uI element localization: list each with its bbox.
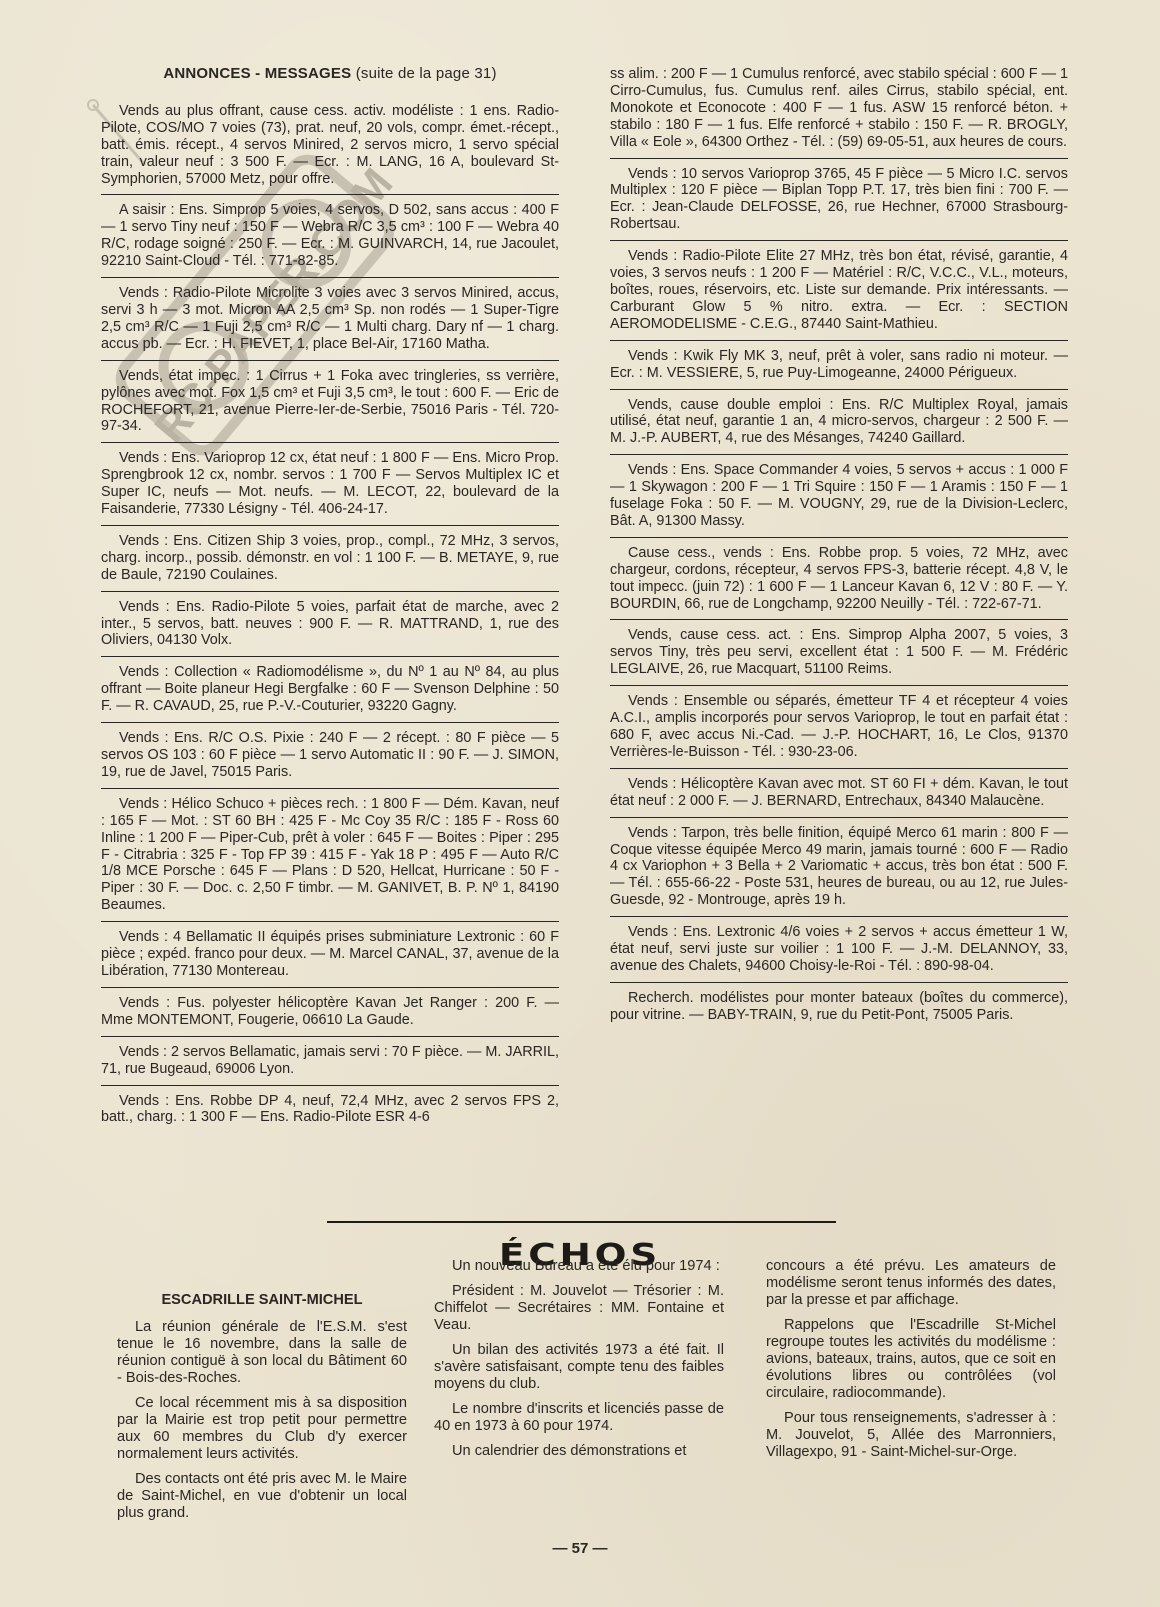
classified-ad: Vends : Hélico Schuco + pièces rech. : 1…	[101, 796, 559, 922]
echos-paragraph: Président : M. Jouvelot — Trésorier : M.…	[434, 1283, 724, 1334]
echos-paragraph: Le nombre d'inscrits et licenciés passe …	[434, 1401, 724, 1435]
echos-col2-paragraphs: Un nouveau Bureau a été élu pour 1974 :P…	[434, 1258, 724, 1460]
ad-text: Vends : Radio-Pilote Elite 27 MHz, très …	[610, 248, 1068, 333]
echos-col3-continuation: concours a été prévu. Les amateurs de mo…	[766, 1258, 1056, 1309]
annonces-title: ANNONCES - MESSAGES	[163, 65, 351, 82]
classified-ad: Vends, cause cess. act. : Ens. Simprop A…	[610, 627, 1068, 686]
ad-text: Vends : 10 servos Varioprop 3765, 45 F p…	[610, 166, 1068, 234]
echos-paragraph: Pour tous renseignements, s'adresser à :…	[766, 1410, 1056, 1461]
classified-ad: Vends : Radio-Pilote Elite 27 MHz, très …	[610, 248, 1068, 341]
classified-ad: Vends : Ens. Radio-Pilote 5 voies, parfa…	[101, 599, 559, 658]
ad-text: Vends : 2 servos Bellamatic, jamais serv…	[101, 1044, 559, 1078]
ad-text: Recherch. modélistes pour monter bateaux…	[610, 990, 1068, 1024]
section-divider	[327, 1221, 836, 1223]
ad-text: Cause cess., vends : Ens. Robbe prop. 5 …	[610, 545, 1068, 613]
magazine-page: RC-PAPER.COM ANNONCES - MESSAGES (suite …	[0, 0, 1160, 1607]
echos-paragraph: Un bilan des activités 1973 a été fait. …	[434, 1342, 724, 1393]
classified-ad: Vends, cause double emploi : Ens. R/C Mu…	[610, 397, 1068, 456]
classified-ad: Vends : Kwik Fly MK 3, neuf, prêt à vole…	[610, 348, 1068, 390]
echos-column-1: ESCADRILLE SAINT-MICHEL La réunion génér…	[117, 1292, 407, 1530]
right-ads-list: ss alim. : 200 F — 1 Cumulus renforcé, a…	[610, 66, 1068, 1031]
echos-paragraph: La réunion générale de l'E.S.M. s'est te…	[117, 1319, 407, 1387]
annonces-heading: ANNONCES - MESSAGES (suite de la page 31…	[101, 66, 559, 83]
left-ads-list: Vends au plus offrant, cause cess. activ…	[101, 103, 559, 1133]
echos-column-2: Un nouveau Bureau a été élu pour 1974 :P…	[434, 1258, 724, 1468]
echos-paragraph: Ce local récemment mis à sa disposition …	[117, 1395, 407, 1463]
annonces-subtitle: (suite de la page 31)	[356, 65, 497, 82]
annonces-right-column: ss alim. : 200 F — 1 Cumulus renforcé, a…	[610, 66, 1068, 1038]
ad-text: Vends : Kwik Fly MK 3, neuf, prêt à vole…	[610, 348, 1068, 382]
classified-ad: Recherch. modélistes pour monter bateaux…	[610, 990, 1068, 1031]
classified-ad: Vends, état impec. : 1 Cirrus + 1 Foka a…	[101, 368, 559, 444]
classified-ad: Vends : Radio-Pilote Microlite 3 voies a…	[101, 285, 559, 361]
ad-text: Vends : Hélico Schuco + pièces rech. : 1…	[101, 796, 559, 914]
classified-ad: Vends : Tarpon, très belle finition, équ…	[610, 825, 1068, 918]
ad-text: Vends : Ens. Lextronic 4/6 voies + 2 ser…	[610, 924, 1068, 975]
classified-ad: Vends : Hélicoptère Kavan avec mot. ST 6…	[610, 776, 1068, 818]
echos-col1-paragraphs: La réunion générale de l'E.S.M. s'est te…	[117, 1319, 407, 1522]
classified-ad: ss alim. : 200 F — 1 Cumulus renforcé, a…	[610, 66, 1068, 159]
ad-text: Vends : 4 Bellamatic II équipés prises s…	[101, 929, 559, 980]
ad-text: Vends : Ens. Varioprop 12 cx, état neuf …	[101, 450, 559, 518]
ad-text: Vends : Ens. Robbe DP 4, neuf, 72,4 MHz,…	[101, 1093, 559, 1127]
echos-col3-paragraphs: Rappelons que l'Escadrille St-Michel reg…	[766, 1317, 1056, 1461]
echos-column-3: concours a été prévu. Les amateurs de mo…	[766, 1258, 1056, 1469]
ad-text: Vends : Tarpon, très belle finition, équ…	[610, 825, 1068, 910]
echos-paragraph: Un calendrier des démonstrations et	[434, 1443, 724, 1460]
classified-ad: Vends : Ens. Citizen Ship 3 voies, prop.…	[101, 533, 559, 592]
echos-paragraph: Rappelons que l'Escadrille St-Michel reg…	[766, 1317, 1056, 1402]
classified-ad: Vends : Ens. Space Commander 4 voies, 5 …	[610, 462, 1068, 538]
ad-text: Vends : Radio-Pilote Microlite 3 voies a…	[101, 285, 559, 353]
ad-text: Vends : Hélicoptère Kavan avec mot. ST 6…	[610, 776, 1068, 810]
club-title: ESCADRILLE SAINT-MICHEL	[117, 1292, 407, 1309]
classified-ad: Vends : 4 Bellamatic II équipés prises s…	[101, 929, 559, 988]
page-number: — 57 —	[0, 1540, 1160, 1557]
classified-ad: Vends : Ens. Lextronic 4/6 voies + 2 ser…	[610, 924, 1068, 983]
ad-text: Vends, état impec. : 1 Cirrus + 1 Foka a…	[101, 368, 559, 436]
ad-text: Vends : Collection « Radiomodélisme », d…	[101, 664, 559, 715]
ad-text: Vends : Ens. Citizen Ship 3 voies, prop.…	[101, 533, 559, 584]
ad-text: Vends : Ens. Space Commander 4 voies, 5 …	[610, 462, 1068, 530]
ad-text: Vends : Ens. R/C O.S. Pixie : 240 F — 2 …	[101, 730, 559, 781]
classified-ad: Vends : Fus. polyester hélicoptère Kavan…	[101, 995, 559, 1037]
annonces-left-column: ANNONCES - MESSAGES (suite de la page 31…	[101, 62, 559, 1140]
classified-ad: A saisir : Ens. Simprop 5 voies, 4 servo…	[101, 202, 559, 278]
classified-ad: Vends : Collection « Radiomodélisme », d…	[101, 664, 559, 723]
ad-text: ss alim. : 200 F — 1 Cumulus renforcé, a…	[610, 66, 1068, 151]
echos-paragraph: Des contacts ont été pris avec M. le Mai…	[117, 1471, 407, 1522]
ad-text: Vends : Ens. Radio-Pilote 5 voies, parfa…	[101, 599, 559, 650]
echos-paragraph: Un nouveau Bureau a été élu pour 1974 :	[434, 1258, 724, 1275]
ad-text: Vends au plus offrant, cause cess. activ…	[101, 103, 559, 188]
ad-text: A saisir : Ens. Simprop 5 voies, 4 servo…	[101, 202, 559, 270]
classified-ad: Vends au plus offrant, cause cess. activ…	[101, 103, 559, 196]
classified-ad: Vends : Ens. Varioprop 12 cx, état neuf …	[101, 450, 559, 526]
ad-text: Vends : Fus. polyester hélicoptère Kavan…	[101, 995, 559, 1029]
classified-ad: Vends : 10 servos Varioprop 3765, 45 F p…	[610, 166, 1068, 242]
classified-ad: Vends : Ens. Robbe DP 4, neuf, 72,4 MHz,…	[101, 1093, 559, 1134]
classified-ad: Vends : 2 servos Bellamatic, jamais serv…	[101, 1044, 559, 1086]
ad-text: Vends, cause double emploi : Ens. R/C Mu…	[610, 397, 1068, 448]
classified-ad: Cause cess., vends : Ens. Robbe prop. 5 …	[610, 545, 1068, 621]
ad-text: Vends : Ensemble ou séparés, émetteur TF…	[610, 693, 1068, 761]
classified-ad: Vends : Ens. R/C O.S. Pixie : 240 F — 2 …	[101, 730, 559, 789]
ad-text: Vends, cause cess. act. : Ens. Simprop A…	[610, 627, 1068, 678]
classified-ad: Vends : Ensemble ou séparés, émetteur TF…	[610, 693, 1068, 769]
